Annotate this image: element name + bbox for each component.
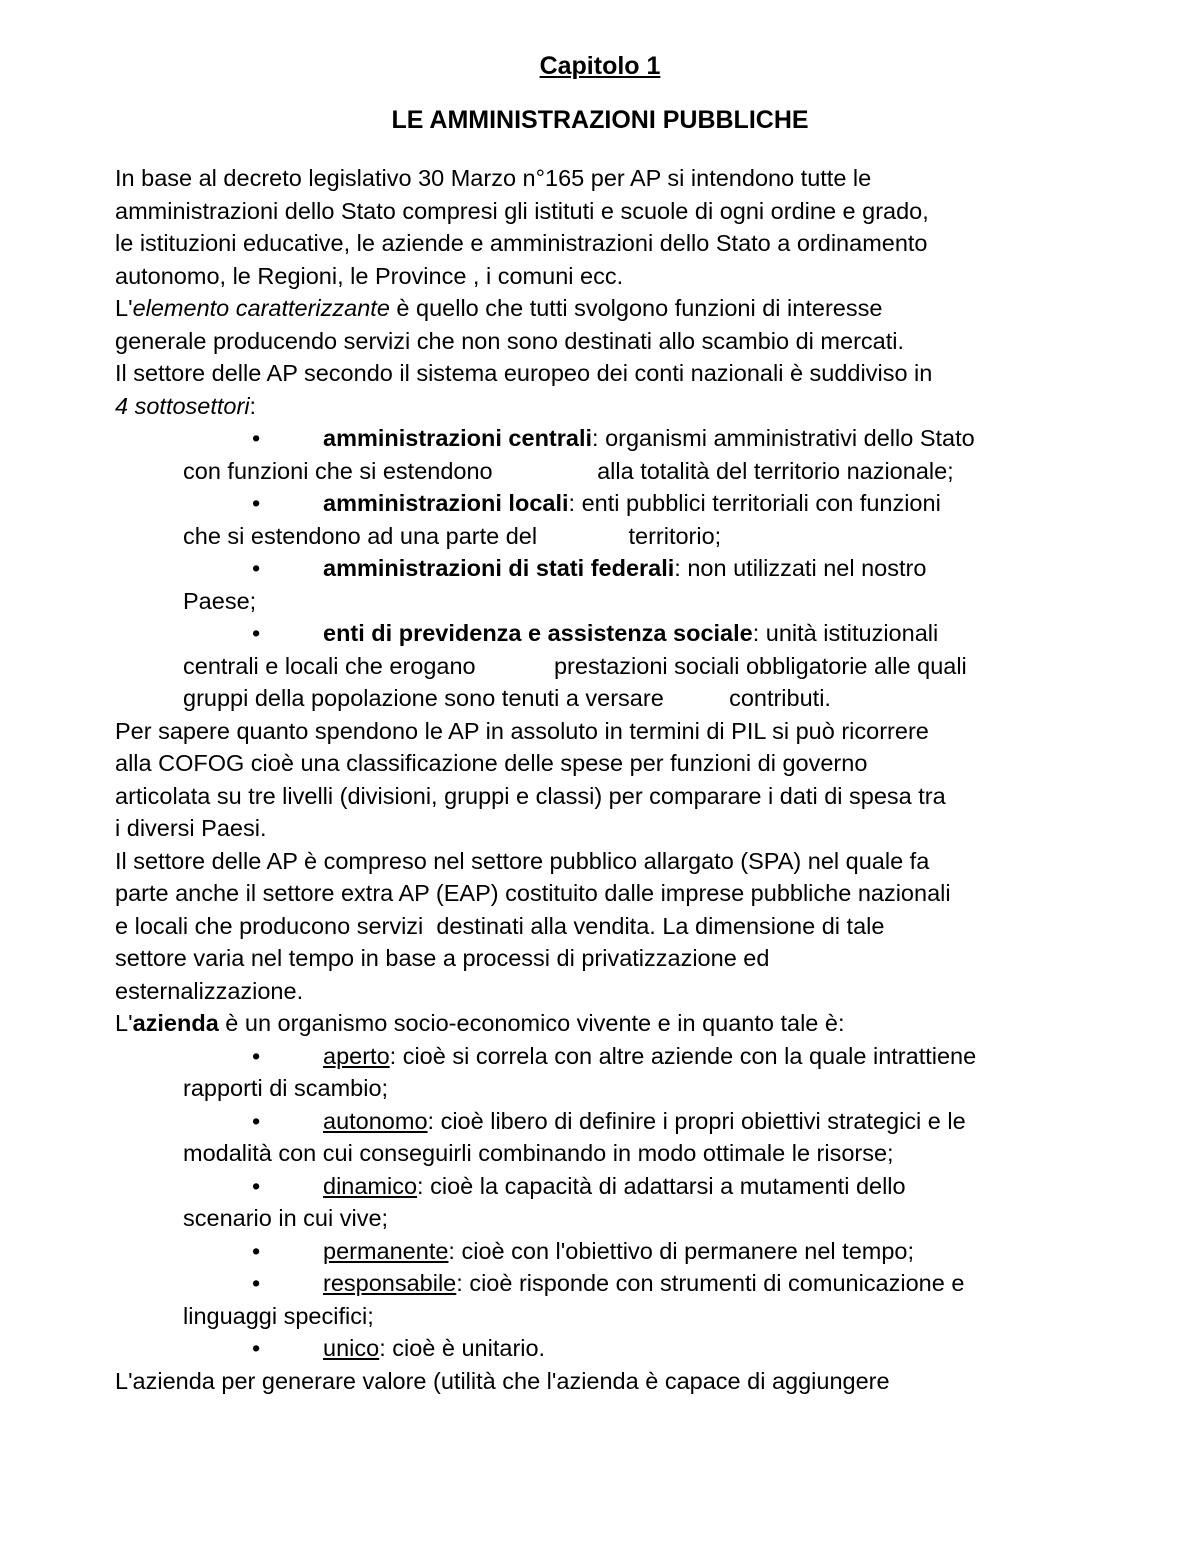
- bullet-term: permanente: [323, 1238, 448, 1264]
- list-item-enti-previdenza: •enti di previdenza e assistenza sociale…: [115, 617, 1115, 715]
- bullet-term: amministrazioni locali: [323, 490, 569, 516]
- bullet-term: unico: [323, 1335, 379, 1361]
- bullet-icon: •: [252, 487, 323, 520]
- text-prefix: L': [115, 295, 133, 321]
- bullet-term: dinamico: [323, 1173, 417, 1199]
- text-rest: è un organismo socio-economico vivente e…: [219, 1010, 845, 1036]
- bullet-term: aperto: [323, 1043, 390, 1069]
- bullet-text: : cioè è unitario.: [379, 1335, 545, 1361]
- paragraph-definition-ap: In base al decreto legislativo 30 Marzo …: [115, 162, 1115, 292]
- bullet-icon: •: [252, 1105, 323, 1138]
- document-page: Capitolo 1 LE AMMINISTRAZIONI PUBBLICHE …: [0, 0, 1200, 1553]
- bullet-icon: •: [252, 1332, 323, 1365]
- text-colon: :: [250, 393, 257, 419]
- text-prefix: L': [115, 1010, 133, 1036]
- list-item-aperto: •aperto: cioè si correla con altre azien…: [115, 1040, 1115, 1105]
- paragraph-azienda-valore: L'azienda per generare valore (utilità c…: [115, 1365, 1115, 1398]
- bullet-list-sottosettori: •amministrazioni centrali: organismi amm…: [115, 422, 1115, 715]
- paragraph-elemento-caratterizzante: L'elemento caratterizzante è quello che …: [115, 292, 1115, 357]
- document-title: LE AMMINISTRAZIONI PUBBLICHE: [0, 102, 1200, 138]
- bullet-text: : cioè con l'obiettivo di permanere nel …: [448, 1238, 914, 1264]
- list-item-stati-federali: •amministrazioni di stati federali: non …: [115, 552, 1115, 617]
- list-item-responsabile: •responsabile: cioè risponde con strumen…: [115, 1267, 1115, 1332]
- bullet-term: amministrazioni centrali: [323, 425, 592, 451]
- paragraph-cofog: Per sapere quanto spendono le AP in asso…: [115, 715, 1115, 845]
- list-item-unico: •unico: cioè è unitario.: [115, 1332, 1115, 1365]
- chapter-title: Capitolo 1: [0, 48, 1200, 84]
- list-item-amministrazioni-locali: •amministrazioni locali: enti pubblici t…: [115, 487, 1115, 552]
- bold-azienda: azienda: [133, 1010, 219, 1036]
- bullet-icon: •: [252, 552, 323, 585]
- list-item-permanente: •permanente: cioè con l'obiettivo di per…: [115, 1235, 1115, 1268]
- bullet-term: amministrazioni di stati federali: [323, 555, 674, 581]
- bullet-icon: •: [252, 1170, 323, 1203]
- bullet-term: responsabile: [323, 1270, 456, 1296]
- paragraph-settore-pubblico-allargato: Il settore delle AP è compreso nel setto…: [115, 845, 1115, 1008]
- paragraph-sottosettori: Il settore delle AP secondo il sistema e…: [115, 357, 1115, 422]
- italic-elemento-caratterizzante: elemento caratterizzante: [133, 295, 390, 321]
- paragraph-azienda-intro: L'azienda è un organismo socio-economico…: [115, 1007, 1115, 1040]
- bullet-icon: •: [252, 617, 323, 650]
- bullet-term: autonomo: [323, 1108, 428, 1134]
- bullet-list-azienda: •aperto: cioè si correla con altre azien…: [115, 1040, 1115, 1365]
- bullet-term: enti di previdenza e assistenza sociale: [323, 620, 753, 646]
- list-item-amministrazioni-centrali: •amministrazioni centrali: organismi amm…: [115, 422, 1115, 487]
- bullet-icon: •: [252, 1040, 323, 1073]
- list-item-autonomo: •autonomo: cioè libero di definire i pro…: [115, 1105, 1115, 1170]
- bullet-icon: •: [252, 1235, 323, 1268]
- bullet-icon: •: [252, 1267, 323, 1300]
- list-item-dinamico: •dinamico: cioè la capacità di adattarsi…: [115, 1170, 1115, 1235]
- text-settore: Il settore delle AP secondo il sistema e…: [115, 360, 932, 386]
- bullet-icon: •: [252, 422, 323, 455]
- italic-sottosettori: 4 sottosettori: [115, 393, 250, 419]
